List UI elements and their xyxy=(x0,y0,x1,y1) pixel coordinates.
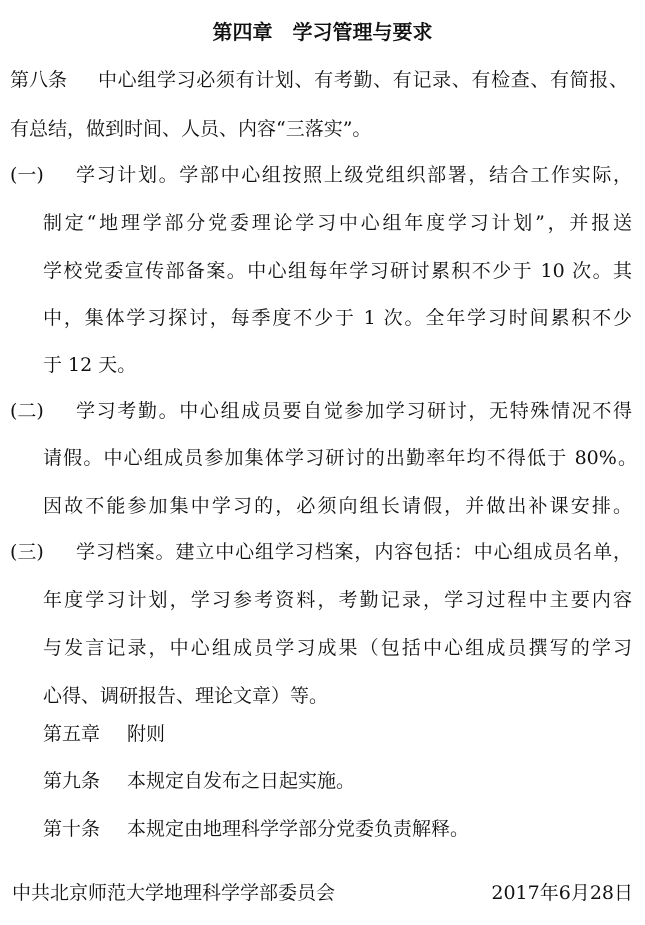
item-1-line-2: 制定“地理学部分党委理论学习中心组年度学习计划”，并报送 xyxy=(43,211,632,235)
item-3-line-2: 年度学习计划，学习参考资料，考勤记录，学习过程中主要内容 xyxy=(43,588,632,612)
article-10-text: 本规定由地理科学学部分党委负责解释。 xyxy=(127,817,469,841)
item-3-line-4: 心得、调研报告、理论文章）等。 xyxy=(43,684,328,708)
item-2-line-2: 请假。中心组成员参加集体学习研讨的出勤率年均不得低于 80%。 xyxy=(43,446,637,470)
item-1-line-5: 于 12 天。 xyxy=(43,353,136,377)
article-9-label: 第九条 xyxy=(43,769,100,793)
signature-date: 2017年6月28日 xyxy=(491,881,633,905)
article-9-text: 本规定自发布之日起实施。 xyxy=(127,769,355,793)
item-1-line-1: 学习计划。学部中心组按照上级党组织部署，结合工作实际， xyxy=(76,163,632,187)
item-2-line-1: 学习考勤。中心组成员要自觉参加学习研讨，无特殊情况不得 xyxy=(76,399,632,423)
item-2-line-3: 因故不能参加集中学习的，必须向组长请假，并做出补课安排。 xyxy=(43,494,632,518)
item-1-line-3: 学校党委宣传部备案。中心组每年学习研讨累积不少于 10 次。其 xyxy=(43,259,632,283)
item-1-marker: (一) xyxy=(10,163,44,187)
item-3-marker: (三) xyxy=(10,540,44,564)
chapter-5-label: 第五章 xyxy=(43,722,100,746)
item-2-marker: (二) xyxy=(10,399,44,423)
article-10-label: 第十条 xyxy=(43,817,100,841)
signature-organization: 中共北京师范大学地理科学学部委员会 xyxy=(12,881,335,905)
chapter-4-title: 第四章 学习管理与要求 xyxy=(0,20,645,44)
chapter-5-title: 附则 xyxy=(127,722,165,746)
article-8-line-1: 中心组学习必须有计划、有考勤、有记录、有检查、有简报、 xyxy=(98,68,628,92)
article-8-line-2: 有总结，做到时间、人员、内容“三落实”。 xyxy=(10,117,371,141)
article-8-label: 第八条 xyxy=(10,68,67,92)
item-1-line-4: 中，集体学习探讨，每季度不少于 1 次。全年学习时间累积不少 xyxy=(43,306,632,330)
item-3-line-1: 学习档案。建立中心组学习档案，内容包括：中心组成员名单， xyxy=(76,540,632,564)
item-3-line-3: 与发言记录，中心组成员学习成果（包括中心组成员撰写的学习 xyxy=(43,636,632,660)
